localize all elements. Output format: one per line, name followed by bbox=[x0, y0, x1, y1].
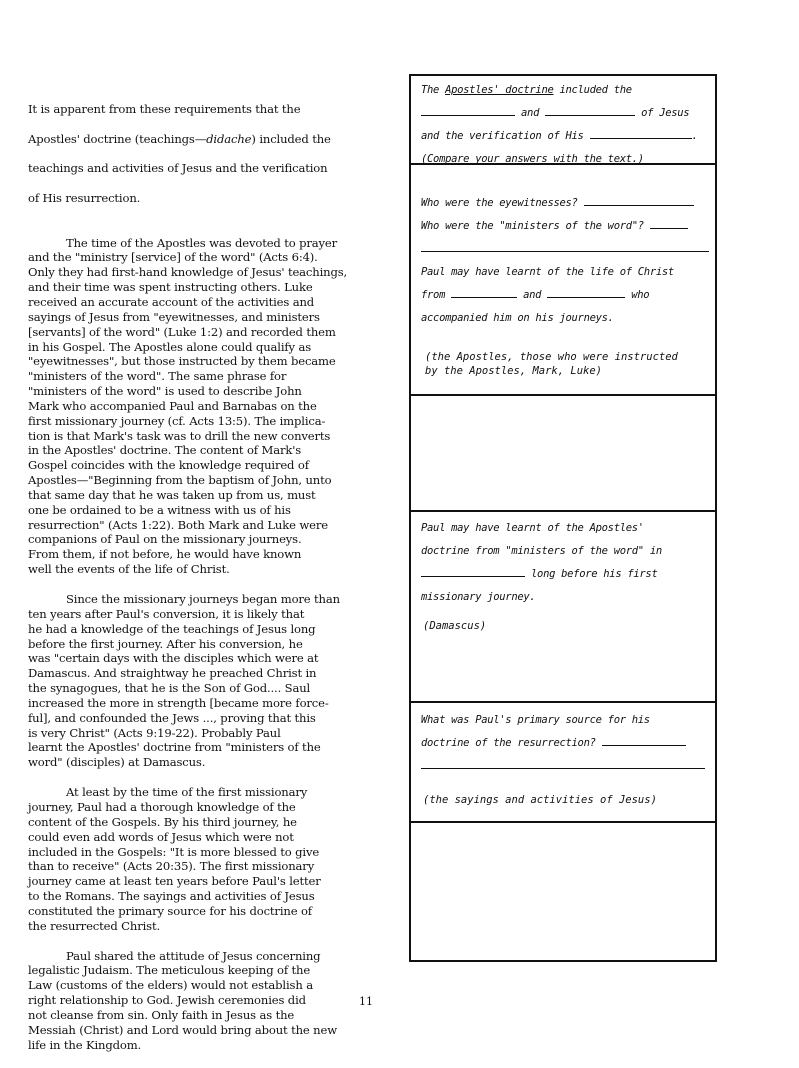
box5-line2: doctrine of the resurrection? bbox=[421, 732, 707, 755]
answer-blank[interactable] bbox=[590, 126, 692, 139]
question-box-1: The Apostles' doctrine included the and … bbox=[411, 76, 715, 163]
answer-blank[interactable] bbox=[547, 285, 625, 298]
answer-line: by the Apostles, Mark, Luke) bbox=[425, 364, 678, 378]
text-line: Damascus. And straightway he preached Ch… bbox=[28, 666, 408, 681]
text-line: "eyewitnesses", but those instructed by … bbox=[28, 354, 408, 369]
box2-q1: Who were the eyewitnesses? bbox=[421, 192, 707, 215]
document-page: It is apparent from these requirements t… bbox=[0, 0, 799, 1068]
text-line: to the Romans. The sayings and activitie… bbox=[28, 889, 408, 904]
text-line: "ministers of the word" is used to descr… bbox=[28, 384, 408, 399]
answer-blank[interactable] bbox=[650, 216, 688, 229]
box4-answer: (Damascus) bbox=[423, 619, 486, 633]
text-line: before the first journey. After his conv… bbox=[28, 637, 408, 652]
text-line: in his Gospel. The Apostles alone could … bbox=[28, 340, 408, 355]
answer-blank[interactable] bbox=[602, 733, 686, 746]
box5-answer: (the sayings and activities of Jesus) bbox=[423, 793, 657, 807]
text-line: Messiah (Christ) and Lord would bring ab… bbox=[28, 1023, 408, 1038]
text-line: companions of Paul on the missionary jou… bbox=[28, 532, 408, 547]
box4-line4: missionary journey. bbox=[421, 586, 707, 609]
text-line: Mark who accompanied Paul and Barnabas o… bbox=[28, 399, 408, 414]
text-line: Law (customs of the elders) would not es… bbox=[28, 978, 408, 993]
paragraph-5: Paul shared the attitude of Jesus concer… bbox=[28, 949, 408, 1053]
text-line: not cleanse from sin. Only faith in Jesu… bbox=[28, 1008, 408, 1023]
text-line: well the events of the life of Christ. bbox=[28, 562, 408, 577]
empty-box bbox=[411, 821, 715, 962]
text-line: Since the missionary journeys began more… bbox=[28, 592, 408, 607]
text-line: Apostles—"Beginning from the baptism of … bbox=[28, 473, 408, 488]
answer-blank[interactable] bbox=[421, 103, 515, 116]
text-line: the resurrected Christ. bbox=[28, 919, 408, 934]
text-line: learnt the Apostles' doctrine from "mini… bbox=[28, 740, 408, 755]
text-line: From them, if not before, he would have … bbox=[28, 547, 408, 562]
text-line: increased the more in strength [became m… bbox=[28, 696, 408, 711]
text-line: [servants] of the word" (Luke 1:2) and r… bbox=[28, 325, 408, 340]
text-line: and the "ministry [service] of the word"… bbox=[28, 250, 408, 265]
text-line: The time of the Apostles was devoted to … bbox=[28, 236, 408, 251]
box2-answer: (the Apostles, those who were instructed… bbox=[425, 350, 678, 378]
answer-blank[interactable] bbox=[545, 103, 635, 116]
question-box-2: Who were the eyewitnesses? Who were the … bbox=[411, 163, 715, 394]
text-line: It is apparent from these requirements t… bbox=[28, 102, 408, 117]
text-line: resurrection" (Acts 1:22). Both Mark and… bbox=[28, 518, 408, 533]
text-line: of His resurrection. bbox=[28, 191, 408, 206]
box2-q3-line3: accompanied him on his journeys. bbox=[421, 307, 707, 330]
text-line: than to receive" (Acts 20:35). The first… bbox=[28, 859, 408, 874]
text-line: Paul shared the attitude of Jesus concer… bbox=[28, 949, 408, 964]
text-line: first missionary journey (cf. Acts 13:5)… bbox=[28, 414, 408, 429]
paragraph-3: Since the missionary journeys began more… bbox=[28, 592, 408, 770]
box1-line2: and of Jesus bbox=[421, 102, 707, 125]
answer-blank[interactable] bbox=[421, 564, 525, 577]
box4-line1: Paul may have learnt of the Apostles' bbox=[421, 517, 707, 540]
text-line: At least by the time of the first missio… bbox=[28, 785, 408, 800]
text-line: one be ordained to be a witness with us … bbox=[28, 503, 408, 518]
answer-blank[interactable] bbox=[451, 285, 517, 298]
text-line: life in the Kingdom. bbox=[28, 1038, 408, 1053]
paragraph-1: It is apparent from these requirements t… bbox=[28, 87, 408, 221]
page-number: 11 bbox=[359, 995, 373, 1008]
main-text-column: It is apparent from these requirements t… bbox=[28, 87, 408, 1067]
box4-line2: doctrine from "ministers of the word" in bbox=[421, 540, 707, 563]
box2-q3-line1: Paul may have learnt of the life of Chri… bbox=[421, 261, 707, 284]
text-line: he had a knowledge of the teachings of J… bbox=[28, 622, 408, 637]
question-box-4: Paul may have learnt of the Apostles' do… bbox=[411, 510, 715, 701]
answer-blank[interactable] bbox=[421, 756, 705, 769]
box1-line3: and the verification of His . bbox=[421, 125, 707, 148]
text-line: word" (disciples) at Damascus. bbox=[28, 755, 408, 770]
study-sidebar: The Apostles' doctrine included the and … bbox=[409, 74, 717, 962]
text-line: sayings of Jesus from "eyewitnesses, and… bbox=[28, 310, 408, 325]
text-line: and their time was spent instructing oth… bbox=[28, 280, 408, 295]
paragraph-2: The time of the Apostles was devoted to … bbox=[28, 236, 408, 577]
box1-line1: The Apostles' doctrine included the bbox=[421, 79, 707, 102]
question-box-5: What was Paul's primary source for his d… bbox=[411, 701, 715, 821]
text-line: constituted the primary source for his d… bbox=[28, 904, 408, 919]
box2-q2: Who were the "ministers of the word"? bbox=[421, 215, 707, 238]
text-line: the synagogues, that he is the Son of Go… bbox=[28, 681, 408, 696]
box2-q2-continued bbox=[421, 238, 707, 261]
box2-q3-line2: from and who bbox=[421, 284, 707, 307]
text-line: is very Christ" (Acts 9:19-22). Probably… bbox=[28, 726, 408, 741]
paragraph-4: At least by the time of the first missio… bbox=[28, 785, 408, 933]
text-line: Apostles' doctrine (teachings—didache) i… bbox=[28, 132, 408, 147]
text-line: received an accurate account of the acti… bbox=[28, 295, 408, 310]
text-line: journey, Paul had a thorough knowledge o… bbox=[28, 800, 408, 815]
text-line: legalistic Judaism. The meticulous keepi… bbox=[28, 963, 408, 978]
text-line: tion is that Mark's task was to drill th… bbox=[28, 429, 408, 444]
text-line: could even add words of Jesus which were… bbox=[28, 830, 408, 845]
answer-blank[interactable] bbox=[421, 239, 709, 252]
text-line: that same day that he was taken up from … bbox=[28, 488, 408, 503]
text-line: ful], and confounded the Jews ..., provi… bbox=[28, 711, 408, 726]
text-line: in the Apostles' doctrine. The content o… bbox=[28, 443, 408, 458]
answer-line: (the Apostles, those who were instructed bbox=[425, 350, 678, 364]
answer-blank[interactable] bbox=[584, 193, 694, 206]
text-line: teachings and activities of Jesus and th… bbox=[28, 161, 408, 176]
box5-line3 bbox=[421, 755, 707, 778]
box4-line3: long before his first bbox=[421, 563, 707, 586]
text-line: Only they had first-hand knowledge of Je… bbox=[28, 265, 408, 280]
text-line: "ministers of the word". The same phrase… bbox=[28, 369, 408, 384]
text-line: was "certain days with the disciples whi… bbox=[28, 651, 408, 666]
text-line: included in the Gospels: "It is more ble… bbox=[28, 845, 408, 860]
text-line: ten years after Paul's conversion, it is… bbox=[28, 607, 408, 622]
box5-line1: What was Paul's primary source for his bbox=[421, 709, 707, 732]
empty-box bbox=[411, 394, 715, 510]
text-line: journey came at least ten years before P… bbox=[28, 874, 408, 889]
text-line: right relationship to God. Jewish ceremo… bbox=[28, 993, 408, 1008]
text-line: Gospel coincides with the knowledge requ… bbox=[28, 458, 408, 473]
text-line: content of the Gospels. By his third jou… bbox=[28, 815, 408, 830]
